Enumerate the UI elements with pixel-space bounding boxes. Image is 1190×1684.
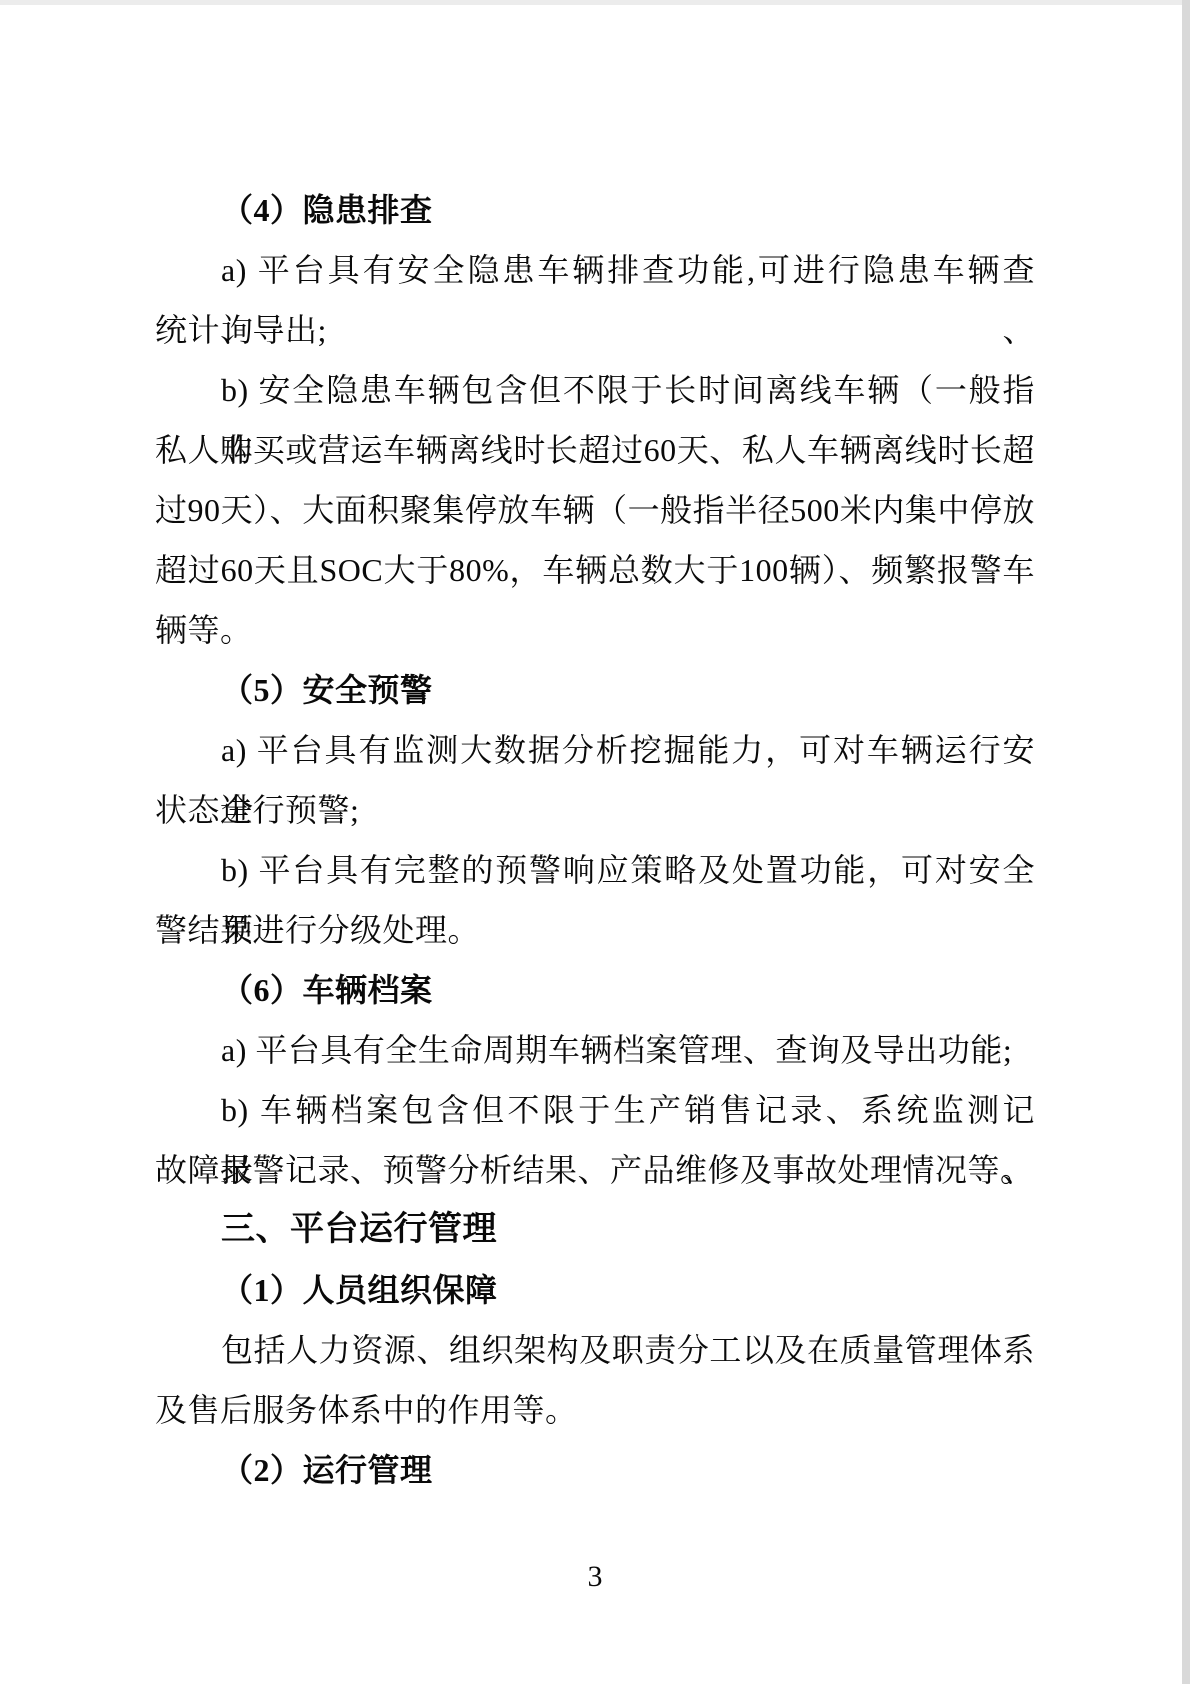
para-4b-line-2: 私人购买或营运车辆离线时长超过60天、私人车辆离线时长超 — [155, 420, 1035, 480]
page-number: 3 — [0, 1556, 1190, 1598]
scan-edge-right — [1182, 0, 1190, 1684]
scanned-document-page: （4）隐患排查 a) 平台具有安全隐患车辆排查功能,可进行隐患车辆查询、 统计、… — [0, 0, 1190, 1684]
para-ops1-line-2: 及售后服务体系中的作用等。 — [155, 1380, 1035, 1440]
para-4b-line-1: b) 安全隐患车辆包含但不限于长时间离线车辆（一般指非 — [155, 360, 1035, 420]
para-ops1-line-1: 包括人力资源、组织架构及职责分工以及在质量管理体系 — [155, 1320, 1035, 1380]
section-heading-platform-operation: 三、平台运行管理 — [155, 1200, 1035, 1260]
para-4b-line-3: 过90天）、大面积聚集停放车辆（一般指半径500米内集中停放 — [155, 480, 1035, 540]
subheading-personnel-organization: （1）人员组织保障 — [155, 1260, 1035, 1320]
para-4a-line-1: a) 平台具有安全隐患车辆排查功能,可进行隐患车辆查询、 — [155, 240, 1035, 300]
para-5b-line-1: b) 平台具有完整的预警响应策略及处置功能，可对安全预 — [155, 840, 1035, 900]
subheading-vehicle-archives: （6）车辆档案 — [155, 960, 1035, 1020]
page-body: （4）隐患排查 a) 平台具有安全隐患车辆排查功能,可进行隐患车辆查询、 统计、… — [155, 180, 1035, 1500]
subheading-operation-management: （2）运行管理 — [155, 1440, 1035, 1500]
para-6a-line-1: a) 平台具有全生命周期车辆档案管理、查询及导出功能; — [155, 1020, 1035, 1080]
para-5b-line-2: 警结果进行分级处理。 — [155, 900, 1035, 960]
para-4b-line-5: 辆等。 — [155, 600, 1035, 660]
para-5a-line-2: 状态进行预警; — [155, 780, 1035, 840]
para-6b-line-2: 故障报警记录、预警分析结果、产品维修及事故处理情况等。 — [155, 1140, 1035, 1200]
subheading-safety-warning: （5）安全预警 — [155, 660, 1035, 720]
scan-edge-top — [0, 0, 1190, 5]
subheading-hazard-screening: （4）隐患排查 — [155, 180, 1035, 240]
para-6b-line-1: b) 车辆档案包含但不限于生产销售记录、系统监测记录、 — [155, 1080, 1035, 1140]
para-4b-line-4: 超过60天且SOC大于80%，车辆总数大于100辆）、频繁报警车 — [155, 540, 1035, 600]
para-5a-line-1: a) 平台具有监测大数据分析挖掘能力，可对车辆运行安全 — [155, 720, 1035, 780]
